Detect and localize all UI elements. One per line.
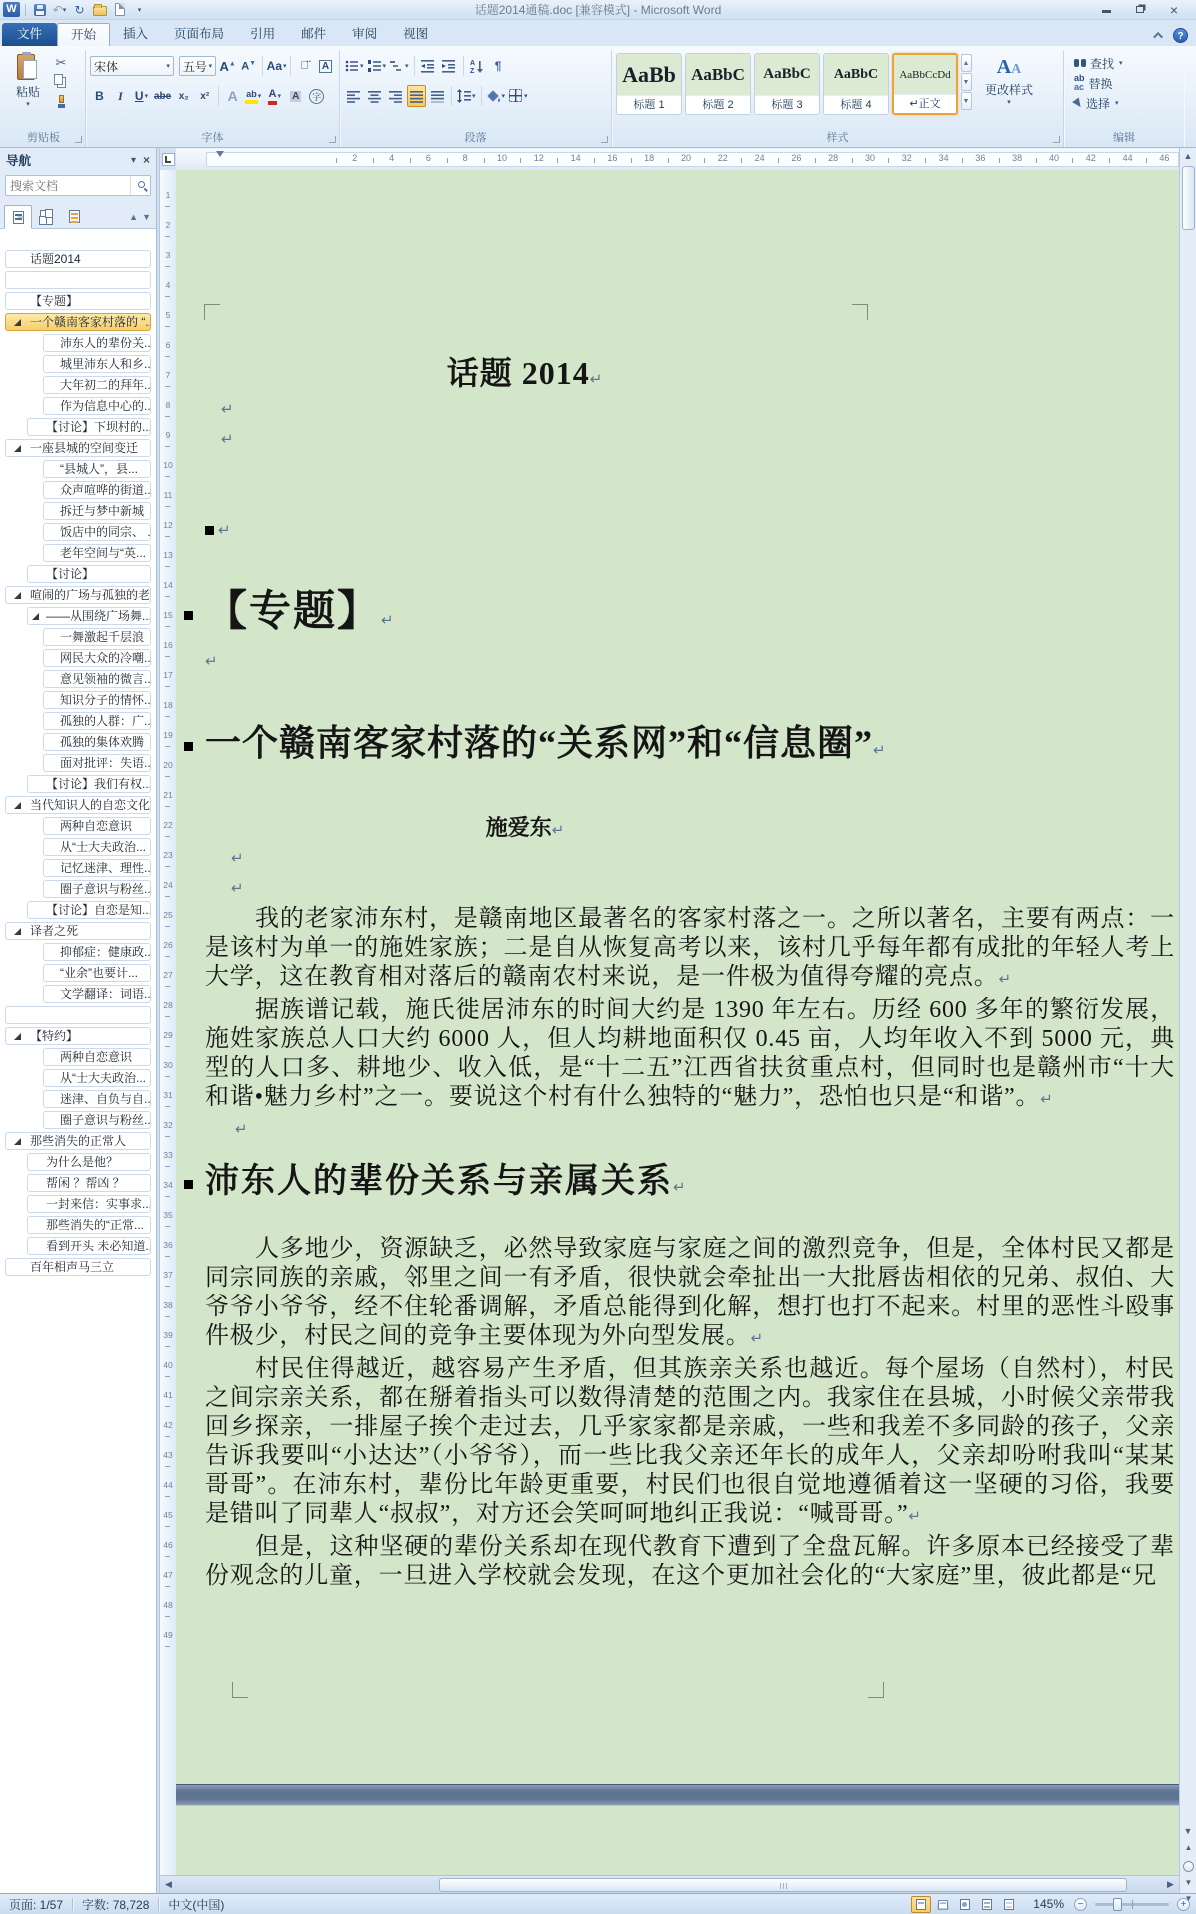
borders-button[interactable]: ▾ <box>508 85 529 107</box>
nav-item[interactable]: 两种自恋意识 <box>43 1048 151 1066</box>
nav-item[interactable]: 话题2014 <box>5 250 151 268</box>
ruler-number: 27 <box>160 970 176 980</box>
quick-access-toolbar: W ↶▾ ↻ ▾ <box>3 2 148 18</box>
paste-button[interactable]: 粘贴 ▾ <box>6 50 50 129</box>
document-page[interactable]: 话题 2014↵↵↵↵【专题】↵↵一个赣南客家村落的“关系网”和“信息圈”↵施爱… <box>176 170 1179 1784</box>
nav-item-label: 【讨论】 <box>46 567 94 581</box>
nav-item[interactable]: 城里沛东人和乡... <box>43 355 151 373</box>
nav-item[interactable]: 帮闲 ？帮凶 ？ <box>27 1174 151 1192</box>
doc-block-body[interactable]: 据族谱记载，施氏徙居沛东的时间大约是 1390 年左右。历经 600 多年的繁衍… <box>205 996 1175 1114</box>
vertical-ruler[interactable]: 1234567891011121314151617181920212223242… <box>160 170 176 1875</box>
nav-item-blank[interactable] <box>5 271 151 289</box>
ruler-number: 1 <box>160 190 176 200</box>
ruler-number: 28 <box>160 1000 176 1010</box>
align-left-button[interactable] <box>344 85 363 107</box>
nav-item[interactable]: 两种自恋意识 <box>43 817 151 835</box>
nav-item[interactable]: “业余”也要计... <box>43 964 151 982</box>
nav-item-label: 帮闲 ？帮凶 ？ <box>46 1176 125 1190</box>
text-effects-button[interactable]: A <box>223 85 242 107</box>
collapse-ribbon-icon[interactable] <box>1153 32 1163 42</box>
doc-text: 村民住得越近，越容易产生矛盾，但其族亲关系也越近。每个屋场（自然村），村民之间宗… <box>205 1356 1175 1527</box>
zoom-in-button[interactable]: + <box>1177 1898 1190 1911</box>
horizontal-ruler[interactable]: 2468101214161820222426283032343638404244… <box>176 148 1179 170</box>
word-logo-icon[interactable]: W <box>3 2 20 17</box>
style-item-标题 3[interactable]: AaBbC标题 3 <box>754 53 820 115</box>
style-item-标题 1[interactable]: AaBb标题 1 <box>616 53 682 115</box>
ruler-tick <box>165 1646 170 1647</box>
nav-item[interactable]: 沛东人的辈份关... <box>43 334 151 352</box>
gallery-scroll-down[interactable]: ▼ <box>961 73 972 91</box>
navigation-options-icon[interactable]: ▾ <box>131 155 136 166</box>
styles-gallery: AaBb标题 1AaBbC标题 2AaBbC标题 3AaBbC标题 4AaBbC… <box>616 50 958 129</box>
styles-group: AaBb标题 1AaBbC标题 2AaBbC标题 3AaBbC标题 4AaBbC… <box>612 50 1064 147</box>
tab-邮件[interactable]: 邮件 <box>288 23 339 46</box>
nav-item[interactable]: 文学翻译：词语... <box>43 985 151 1003</box>
ruler-number: 47 <box>160 1570 176 1580</box>
change-case-button[interactable]: Aa▾ <box>267 55 286 77</box>
doc-block-h1[interactable]: 【专题】↵ <box>205 586 1175 646</box>
nav-item-label: 知识分子的情怀... <box>60 693 151 707</box>
change-styles-button[interactable]: AA 更改样式 ▾ <box>976 50 1042 129</box>
nav-item[interactable]: 众声喧哗的街道... <box>43 481 151 499</box>
language-indicator[interactable]: 中文(中国) <box>159 1896 233 1913</box>
find-button[interactable]: 查找▾ <box>1068 54 1180 72</box>
navigation-close-icon[interactable]: × <box>143 153 150 167</box>
doc-text: 施爱东 <box>486 815 552 840</box>
scroll-up-icon[interactable]: ▲ <box>1180 148 1196 165</box>
ruler-number: 2 <box>160 220 176 230</box>
ruler-tick <box>165 686 170 687</box>
ruler-number: 3 <box>160 250 176 260</box>
ruler-tick <box>165 1286 170 1287</box>
nav-item[interactable]: 为什么是他？ <box>27 1153 151 1171</box>
style-name: 标题 4 <box>824 95 888 114</box>
nav-item-label: 众声喧哗的街道... <box>60 483 151 497</box>
increase-indent-button[interactable] <box>440 55 459 77</box>
doc-block-blankline[interactable]: ↵ <box>205 394 1175 424</box>
nav-item-label: 一座县城的空间变迁 <box>30 441 138 455</box>
scroll-left-icon[interactable]: ◀ <box>160 1879 177 1890</box>
find-label: 查找 <box>1090 55 1114 72</box>
nav-item[interactable]: 从“士大夫政治... <box>43 838 151 856</box>
ruler-tick <box>165 266 170 267</box>
nav-item[interactable]: 记忆迷津、理性... <box>43 859 151 877</box>
previous-heading-icon[interactable]: ▲ <box>129 212 138 222</box>
tab-插入[interactable]: 插入 <box>110 23 161 46</box>
multilevel-list-button[interactable]: ▾ <box>389 55 410 77</box>
new-document-button[interactable] <box>111 2 128 18</box>
superscript-button[interactable]: x² <box>195 85 214 107</box>
nav-item[interactable]: 译者之死 <box>5 922 151 940</box>
paste-icon <box>15 53 41 83</box>
pilcrow-mark: ↵ <box>999 970 1012 988</box>
doc-text: 但是，这种坚硬的辈份关系却在现代教育下遭到了全盘瓦解。许多原本已经接受了辈份观念… <box>205 1534 1175 1589</box>
scroll-right-icon[interactable]: ▶ <box>1162 1879 1179 1890</box>
ruler-number: 20 <box>160 760 176 770</box>
ruler-number: 33 <box>160 1150 176 1160</box>
first-line-indent-marker[interactable] <box>216 151 224 157</box>
styles-dialog-launcher[interactable] <box>1053 136 1060 143</box>
expand-triangle-icon[interactable] <box>14 1033 21 1040</box>
ruler-tick <box>815 158 816 163</box>
ruler-tick <box>165 956 170 957</box>
zoom-slider-thumb[interactable] <box>1113 1898 1122 1911</box>
gallery-scroll-up[interactable]: ▲ <box>961 54 972 72</box>
nav-item[interactable]: 喧闹的广场与孤独的老人 <box>5 586 151 604</box>
nav-item-label: 圈子意识与粉丝... <box>60 1113 151 1127</box>
horizontal-scroll-track[interactable] <box>177 1878 1162 1892</box>
nav-item[interactable]: 意见领袖的微言... <box>43 670 151 688</box>
ruler-number: 10 <box>497 153 507 163</box>
nav-item-label: 从“士大夫政治... <box>60 1071 146 1085</box>
nav-item[interactable]: 那些消失的“正常... <box>27 1216 151 1234</box>
tab-视图[interactable]: 视图 <box>390 23 441 46</box>
grow-font-button[interactable]: A▲ <box>218 55 237 77</box>
next-page-top[interactable] <box>176 1806 1179 1875</box>
nav-item[interactable]: 【讨论】自恋是知... <box>27 901 151 919</box>
nav-item[interactable]: 看到开头 未必知道... <box>27 1237 151 1255</box>
nav-item-label: 一舞激起千层浪 <box>60 630 144 644</box>
replace-button[interactable]: abac替换 <box>1068 74 1180 92</box>
chevron-down-icon: ▾ <box>209 62 213 70</box>
nav-item[interactable]: 从“士大夫政治... <box>43 1069 151 1087</box>
ruler-tick <box>704 158 705 163</box>
ruler-tick <box>165 236 170 237</box>
shrink-font-button[interactable]: A▼ <box>239 55 258 77</box>
underline-button[interactable]: U▾ <box>132 85 151 107</box>
bullets-button[interactable]: ▾ <box>344 55 365 77</box>
tab-开始[interactable]: 开始 <box>57 23 110 46</box>
nav-item[interactable]: 【特约】 <box>5 1027 151 1045</box>
ruler-tick <box>165 1316 170 1317</box>
nav-item[interactable]: 知识分子的情怀... <box>43 691 151 709</box>
tab-页面布局[interactable]: 页面布局 <box>161 23 237 46</box>
chevron-down-icon: ▾ <box>166 62 170 70</box>
browse-pages-tab[interactable] <box>32 204 60 228</box>
vertical-scrollbar[interactable]: ▲ ▼ ▲▲ ▼▼ <box>1179 148 1196 1893</box>
clipboard-dialog-launcher[interactable] <box>75 136 82 143</box>
nav-item-label: 两种自恋意识 <box>60 819 132 833</box>
select-button[interactable]: 选择▾ <box>1068 94 1180 112</box>
nav-item-blank[interactable] <box>5 1006 151 1024</box>
cut-button[interactable]: ✂ <box>50 54 72 72</box>
previous-page-button[interactable]: ▲▲ <box>1185 1840 1192 1858</box>
nav-item[interactable]: 一封来信：实事求... <box>27 1195 151 1213</box>
styles-gallery-scroll: ▲ ▼ ▼ <box>958 50 972 129</box>
title-bar: W ↶▾ ↻ ▾ 话题2014通稿.doc [兼容模式] - Microsoft… <box>0 0 1196 20</box>
nav-item[interactable]: 大年初二的拜年... <box>43 376 151 394</box>
show-marks-button[interactable]: ¶ <box>489 55 508 77</box>
nav-item[interactable]: 那些消失的正常人 <box>5 1132 151 1150</box>
font-dialog-launcher[interactable] <box>329 136 336 143</box>
nav-item-label: 意见领袖的微言... <box>60 672 151 686</box>
nav-item[interactable]: 【专题】 <box>5 292 151 310</box>
nav-item[interactable]: 【讨论】 <box>27 565 151 583</box>
nav-item-label: 百年相声马三立 <box>30 1260 114 1274</box>
nav-item[interactable]: 孤独的人群：广... <box>43 712 151 730</box>
bold-button[interactable]: B <box>90 85 109 107</box>
ruler-tick <box>999 158 1000 163</box>
page-indicator[interactable]: 页面: 1/57 <box>0 1896 72 1913</box>
search-button[interactable] <box>130 176 150 195</box>
navigation-tabs: ▲ ▼ <box>0 201 156 229</box>
find-icon <box>1074 59 1086 67</box>
gallery-more-button[interactable]: ▼ <box>961 92 972 110</box>
nav-item[interactable]: ——从围绕广场舞... <box>27 607 151 625</box>
web-layout-icon <box>960 1899 970 1910</box>
font-name-combo[interactable]: 宋体▾ <box>90 56 174 76</box>
ruler-number: 31 <box>160 1090 176 1100</box>
expand-triangle-icon[interactable] <box>14 445 21 452</box>
navigation-title: 导航 <box>6 151 31 169</box>
view-switcher <box>911 1896 1019 1913</box>
nav-item-label: 抑郁症：健康政... <box>60 945 151 959</box>
zoom-slider-track[interactable] <box>1095 1903 1169 1906</box>
style-item-标题 2[interactable]: AaBbC标题 2 <box>685 53 751 115</box>
character-border-button[interactable]: A <box>316 55 335 77</box>
nav-item[interactable]: 圈子意识与粉丝... <box>43 880 151 898</box>
ruler-number: 45 <box>160 1510 176 1520</box>
ruler-tick <box>852 158 853 163</box>
nav-item-label: 作为信息中心的... <box>60 399 151 413</box>
ruler-tick <box>165 326 170 327</box>
line-spacing-button[interactable]: ▾ <box>456 85 477 107</box>
copy-button[interactable] <box>50 73 72 91</box>
close-button[interactable]: × <box>1164 2 1184 18</box>
distribute-button[interactable] <box>428 85 447 107</box>
doc-block-body[interactable]: 但是，这种坚硬的辈份关系却在现代教育下遭到了全盘瓦解。许多原本已经接受了辈份观念… <box>205 1533 1175 1591</box>
expand-triangle-icon[interactable] <box>14 1138 21 1145</box>
doc-block-blankline[interactable]: ↵ <box>205 646 1175 676</box>
doc-block-title[interactable]: 话题 2014↵ <box>205 348 845 394</box>
doc-block-blankline[interactable]: ↵ <box>205 873 1175 903</box>
nav-item[interactable]: 一个赣南客家村落的 “... <box>5 313 151 331</box>
doc-block-author[interactable]: 施爱东↵ <box>205 815 845 843</box>
ruler-tick <box>165 926 170 927</box>
ruler-number: 43 <box>160 1450 176 1460</box>
heading-bullet <box>184 611 193 620</box>
pilcrow-mark: ↵ <box>751 1329 764 1347</box>
pilcrow-mark: ↵ <box>1040 1090 1053 1108</box>
doc-block-h2[interactable]: 一个赣南客家村落的“关系网”和“信息圈”↵ <box>205 720 1175 773</box>
doc-block-body[interactable]: 我的老家沛东村，是赣南地区最著名的客家村落之一。之所以著名，主要有两点：一是该村… <box>205 905 1175 994</box>
navigation-pane: 导航 ▾ × ▲ ▼ 话题2014【专题】一个赣南客家村落的 “...沛东人的辈… <box>0 148 157 1893</box>
font-color-button[interactable]: A▾ <box>265 85 284 107</box>
next-heading-icon[interactable]: ▼ <box>142 212 151 222</box>
nav-item[interactable]: “县城人”，县... <box>43 460 151 478</box>
doc-block-body[interactable]: 村民住得越近，越容易产生矛盾，但其族亲关系也越近。每个屋场（自然村），村民之间宗… <box>205 1355 1175 1531</box>
nav-item[interactable]: 圈子意识与粉丝... <box>43 1111 151 1129</box>
browse-headings-tab[interactable] <box>4 205 32 229</box>
ruler-tick <box>336 158 337 163</box>
character-shading-button[interactable]: A <box>286 85 305 107</box>
enclose-characters-button[interactable]: 字 <box>307 85 326 107</box>
vertical-scroll-thumb[interactable] <box>1182 166 1195 230</box>
ruler-number: 42 <box>1086 153 1096 163</box>
nav-item-label: 记忆迷津、理性... <box>60 861 151 875</box>
italic-button[interactable]: I <box>111 85 130 107</box>
doc-block-body[interactable]: 人多地少，资源缺乏，必然导致家庭与家庭之间的激烈竞争，但是，全体村民又都是同宗同… <box>205 1235 1175 1353</box>
window-controls: × <box>1096 2 1184 18</box>
ruler-number: 18 <box>644 153 654 163</box>
numbering-icon <box>368 59 382 73</box>
ruler-number: 17 <box>160 670 176 680</box>
style-preview: AaBbC <box>686 54 750 95</box>
ruler-number: 48 <box>160 1600 176 1610</box>
ruler-tick <box>165 1136 170 1137</box>
nav-item[interactable]: 一座县城的空间变迁 <box>5 439 151 457</box>
expand-triangle-icon[interactable] <box>14 802 21 809</box>
nav-item-label: 圈子意识与粉丝... <box>60 882 151 896</box>
ruler-number: 6 <box>160 340 176 350</box>
sort-icon: AZ <box>470 59 484 73</box>
doc-block-h3[interactable]: 沛东人的辈份关系与亲属关系↵ <box>205 1160 1175 1209</box>
ruler-tick <box>165 866 170 867</box>
sort-button[interactable]: AZ <box>468 55 487 77</box>
browse-results-tab[interactable] <box>60 204 88 228</box>
repeat-button[interactable]: ↻ <box>71 2 88 18</box>
nav-item[interactable]: 面对批评：失语... <box>43 754 151 772</box>
tab-审阅[interactable]: 审阅 <box>339 23 390 46</box>
nav-item[interactable]: 百年相声马三立 <box>5 1258 151 1276</box>
restore-button[interactable] <box>1130 4 1150 16</box>
decrease-indent-button[interactable] <box>419 55 438 77</box>
doc-block-blankline[interactable]: ↵ <box>205 424 1175 454</box>
nav-item[interactable]: 孤独的集体欢腾 <box>43 733 151 751</box>
next-page-button[interactable]: ▼▼ <box>1185 1875 1192 1893</box>
nav-item[interactable]: 拆迁与梦中新城 <box>43 502 151 520</box>
chevron-down-icon: ▾ <box>1007 98 1011 106</box>
undo-button[interactable]: ↶▾ <box>51 2 68 18</box>
nav-item[interactable]: 一舞激起千层浪 <box>43 628 151 646</box>
tab-文件[interactable]: 文件 <box>2 23 57 46</box>
doc-block-blankline[interactable]: ↵ <box>205 843 1175 873</box>
zoom-out-button[interactable]: − <box>1074 1898 1087 1911</box>
ruler-tick <box>165 656 170 657</box>
ruler-number: 8 <box>160 400 176 410</box>
nav-item[interactable]: 当代知识人的自恋文化... <box>5 796 151 814</box>
nav-item[interactable]: 老年空间与“英... <box>43 544 151 562</box>
phonetic-guide-button[interactable]: 文̈ <box>295 55 314 77</box>
font-size-value: 五号 <box>183 58 207 75</box>
nav-item-label: 文学翻译：词语... <box>60 987 151 1001</box>
ruler-number: 13 <box>160 550 176 560</box>
heading-bullet <box>205 526 214 535</box>
ruler-tick <box>165 476 170 477</box>
highlight-color-button[interactable]: ab▾ <box>244 85 263 107</box>
nav-item[interactable]: 抑郁症：健康政... <box>43 943 151 961</box>
ruler-tick <box>165 896 170 897</box>
nav-item[interactable]: 迷津、自负与自... <box>43 1090 151 1108</box>
nav-item[interactable]: 【讨论】下坝村的... <box>27 418 151 436</box>
clipboard-small-buttons: ✂ <box>50 50 72 129</box>
nav-item[interactable]: 【讨论】我们有权... <box>27 775 151 793</box>
nav-item-label: 一封来信：实事求... <box>46 1197 151 1211</box>
open-button[interactable] <box>91 2 108 18</box>
multilevel-list-icon <box>390 59 404 73</box>
line-spacing-icon <box>457 89 471 103</box>
view-button-web-layout[interactable] <box>955 1896 975 1913</box>
crop-mark <box>868 1682 884 1698</box>
heading-bullet <box>184 742 193 751</box>
paragraph-dialog-launcher[interactable] <box>601 136 608 143</box>
tab-selector[interactable] <box>160 148 176 170</box>
select-browse-object-button[interactable] <box>1183 1861 1194 1872</box>
nav-item[interactable]: 网民大众的冷嘲... <box>43 649 151 667</box>
strikethrough-button[interactable]: abe <box>153 85 172 107</box>
doc-block-blankline[interactable]: ↵ <box>205 1114 1175 1144</box>
style-name: 标题 3 <box>755 95 819 114</box>
ruler-tick <box>165 416 170 417</box>
search-input[interactable] <box>6 179 130 193</box>
format-painter-button[interactable] <box>50 92 72 110</box>
scroll-down-icon[interactable]: ▼ <box>1180 1823 1196 1840</box>
expand-triangle-icon[interactable] <box>14 319 21 326</box>
doc-text: 一个赣南客家村落的“关系网”和“信息圈” <box>205 723 873 763</box>
repeat-icon: ↻ <box>74 3 84 17</box>
nav-item-label: 喧闹的广场与孤独的老人 <box>30 588 151 602</box>
tab-引用[interactable]: 引用 <box>237 23 288 46</box>
justify-button[interactable] <box>407 85 426 107</box>
expand-triangle-icon[interactable] <box>14 592 21 599</box>
style-preview: AaBbC <box>755 54 819 95</box>
search-box[interactable] <box>5 175 151 196</box>
ruler-number: 28 <box>828 153 838 163</box>
ribbon-tabs: 文件开始插入页面布局引用邮件审阅视图 <box>0 23 441 46</box>
minimize-button[interactable] <box>1096 4 1116 16</box>
ruler-number: 10 <box>160 460 176 470</box>
expand-triangle-icon[interactable] <box>14 928 21 935</box>
zoom-level[interactable]: 145% <box>1033 1897 1064 1911</box>
view-button-print-layout[interactable] <box>911 1896 931 1913</box>
numbering-button[interactable]: ▾ <box>367 55 388 77</box>
doc-block-h1empty[interactable]: ↵ <box>205 504 1175 556</box>
ruler-tick <box>165 806 170 807</box>
fullscreen-reading-icon <box>938 1900 949 1910</box>
shading-button[interactable]: ▾ <box>486 85 507 107</box>
align-right-button[interactable] <box>386 85 405 107</box>
style-item-标题 4[interactable]: AaBbC标题 4 <box>823 53 889 115</box>
view-button-draft[interactable] <box>999 1896 1019 1913</box>
style-item-↵正文[interactable]: AaBbCcDd↵正文 <box>892 53 958 115</box>
horizontal-scrollbar[interactable]: ◀ ▶ <box>160 1875 1179 1893</box>
page-gap <box>176 1784 1179 1806</box>
horizontal-scroll-thumb[interactable] <box>439 1878 1127 1892</box>
navigation-search-area <box>0 172 156 201</box>
help-icon[interactable]: ? <box>1173 28 1188 43</box>
font-size-combo[interactable]: 五号▾ <box>179 56 216 76</box>
clipboard-group-label: 剪贴板 <box>2 129 85 145</box>
style-name: ↵正文 <box>894 94 956 113</box>
nav-item[interactable]: 作为信息中心的... <box>43 397 151 415</box>
qat-customize-button[interactable]: ▾ <box>131 2 148 18</box>
ruler-tick <box>165 1526 170 1527</box>
view-button-fullscreen-reading[interactable] <box>933 1896 953 1913</box>
view-button-outline[interactable] <box>977 1896 997 1913</box>
nav-item[interactable]: 饭店中的同宗、 ... <box>43 523 151 541</box>
save-button[interactable] <box>31 2 48 18</box>
document-viewport: 话题 2014↵↵↵↵【专题】↵↵一个赣南客家村落的“关系网”和“信息圈”↵施爱… <box>176 170 1179 1875</box>
align-center-button[interactable] <box>365 85 384 107</box>
expand-triangle-icon[interactable] <box>32 613 39 620</box>
ruler-number: 46 <box>160 1540 176 1550</box>
subscript-button[interactable]: x₂ <box>174 85 193 107</box>
crop-mark <box>204 304 220 320</box>
pilcrow-mark: ↵ <box>221 430 234 448</box>
ruler-number: 7 <box>160 370 176 380</box>
word-count[interactable]: 字数: 78,728 <box>73 1896 158 1913</box>
ruler-tick <box>557 158 558 163</box>
